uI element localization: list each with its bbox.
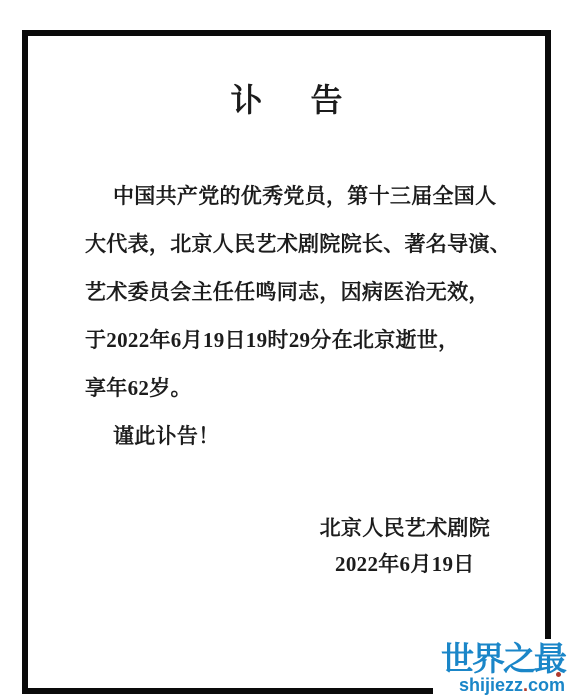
notice-body: 中国共产党的优秀党员，第十三届全国人大代表，北京人民艺术剧院院长、著名导演、艺术… — [28, 172, 545, 460]
watermark-domain: shijiezz — [459, 675, 523, 695]
notice-paragraph-line: 大代表，北京人民艺术剧院院长、著名导演、 — [85, 220, 515, 268]
watermark-tld: com — [528, 675, 565, 695]
signature-org: 北京人民艺术剧院 — [320, 510, 490, 546]
notice-border-frame: 讣告 中国共产党的优秀党员，第十三届全国人大代表，北京人民艺术剧院院长、著名导演… — [22, 30, 551, 694]
signature-block: 北京人民艺术剧院 2022年6月19日 — [320, 510, 490, 582]
red-dot-accent — [556, 672, 561, 677]
obituary-page: 讣告 中国共产党的优秀党员，第十三届全国人大代表，北京人民艺术剧院院长、著名导演… — [0, 0, 568, 700]
notice-title: 讣告 — [28, 82, 545, 118]
notice-closing: 谨此讣告！ — [85, 412, 515, 460]
site-watermark: 世界之最 shijiezz.com — [433, 639, 568, 700]
watermark-site-url: shijiezz.com — [441, 676, 565, 694]
notice-paragraph-line: 中国共产党的优秀党员，第十三届全国人 — [85, 172, 515, 220]
watermark-logo-text: 世界之最 — [441, 642, 565, 675]
notice-paragraph-line: 于2022年6月19日19时29分在北京逝世， — [85, 316, 515, 364]
notice-paragraph-line: 艺术委员会主任任鸣同志，因病医治无效， — [85, 268, 515, 316]
signature-date: 2022年6月19日 — [320, 546, 490, 582]
notice-paragraph: 中国共产党的优秀党员，第十三届全国人大代表，北京人民艺术剧院院长、著名导演、艺术… — [85, 172, 515, 412]
notice-paragraph-line: 享年62岁。 — [85, 364, 515, 412]
